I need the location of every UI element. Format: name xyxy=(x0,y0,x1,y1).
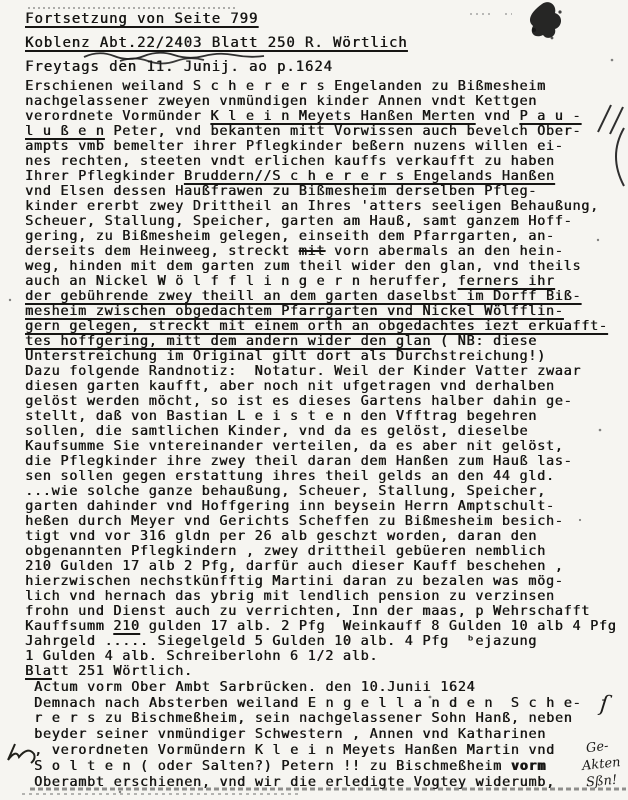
document-line: Jahrgeld ..... Siegelgeld 5 Gulden 10 al… xyxy=(25,634,625,649)
text-segment: der gebührende zwey theill an dem garten… xyxy=(25,288,581,304)
document-line: stellt, daß von Bastian L e i s t e n de… xyxy=(25,409,625,424)
document-line: heßen durch Meyer vnd Gerichts Scheffen … xyxy=(25,514,625,529)
document-line: l u ß e n Peter, vnd bekanten mitt Vorwi… xyxy=(25,124,625,139)
document-line: ampts vmb bemelter ihrer Pflegkinder beß… xyxy=(25,139,625,154)
document-line: mesheim zwischen obgedachtem Pfarrgarten… xyxy=(25,304,625,319)
document-line: derseits dem Heinweeg, streckt mit vorn … xyxy=(25,244,625,259)
document-section-blatt-251: Blatt 251 Wörtlich.Actum vorm Ober Ambt … xyxy=(25,664,625,790)
text-segment: gering, zu Bißmesheim gelegen, einseith … xyxy=(25,228,555,244)
document-line: S o l t e n ( oder Salten?) Petern !! zu… xyxy=(25,759,625,775)
document-line: r e r s zu Bischmeßheim, sein nachgelass… xyxy=(25,711,625,727)
document-line: Koblenz Abt.22/2403 Blatt 250 R. Wörtlic… xyxy=(25,34,407,58)
text-segment: Ihrer Pflegkinder xyxy=(25,168,184,184)
text-segment: beyder seiner vnmündiger Schwestern , An… xyxy=(34,726,546,742)
text-segment: Erschienen weiland S c h e r e r s Engel… xyxy=(25,78,546,94)
text-segment: nes rechten, steeten vndt erlichen kauff… xyxy=(25,153,555,169)
document-line: tes hoffgering, mitt dem andern wider de… xyxy=(25,334,625,349)
document-line: Kauffsumm 210 gulden 17 alb. 2 Pfg Weink… xyxy=(25,619,625,634)
text-segment: vnd Elsen dessen Haußfrawen zu Bißmeshei… xyxy=(25,183,537,199)
document-line: Scheuer, Stallung, Speicher, garten am H… xyxy=(25,214,625,229)
text-segment: 210 xyxy=(113,618,139,634)
document-line: 210 Gulden 17 alb 2 Pfg, darfür auch die… xyxy=(25,559,625,574)
text-segment: gelöst werden möcht, so ist es dieses Ga… xyxy=(25,393,572,409)
document-line: obgenannten Pflegkindern , zwey dritthei… xyxy=(25,544,625,559)
text-segment: K l e i n Meyets Hanßen Merten xyxy=(210,108,475,124)
text-segment: hierzwischen nechstkünfftig Martini dara… xyxy=(25,573,564,589)
document-line: der gebührende zwey theill an dem garten… xyxy=(25,289,625,304)
document-line: ...wie solche ganze behaußung, Scheuer, … xyxy=(25,484,625,499)
text-segment: sen sollen gegen erstattung ihres theil … xyxy=(25,468,555,484)
text-segment: 210 Gulden 17 alb 2 Pfg, darfür auch die… xyxy=(25,558,564,574)
text-segment: vorm xyxy=(511,758,546,774)
text-segment: Kauffsumm xyxy=(25,618,113,634)
text-segment: Dazu folgende Randnotiz: Notatur. Weil d… xyxy=(25,363,581,379)
document-line: Dazu folgende Randnotiz: Notatur. Weil d… xyxy=(25,364,625,379)
text-segment: Oberambt erschienen, vnd wir die erledig… xyxy=(34,774,555,790)
text-segment: tes hoffgering, mitt dem andern wider de… xyxy=(25,333,431,349)
text-segment: S o l t e n ( oder Salten?) Petern !! zu… xyxy=(34,758,511,774)
document-line: verordnete Vormünder K l e i n Meyets Ha… xyxy=(25,109,625,124)
text-segment: mit xyxy=(299,243,325,259)
document-line: Actum vorm Ober Ambt Sarbrücken. den 10.… xyxy=(25,680,625,696)
document-line: sollen, die samtlichen Kinder, vnd da es… xyxy=(25,424,625,439)
document-line: , verordneten Vormündern K l e i n Meyet… xyxy=(25,743,625,759)
text-segment: Unterstreichung im Original gilt dort al… xyxy=(25,348,546,364)
text-segment: P a u - xyxy=(519,108,581,124)
text-segment: stellt, daß von Bastian L e i s t e n de… xyxy=(25,408,537,424)
document-line: Demnach nach Absterben weiland E n g e l… xyxy=(25,696,625,712)
text-segment: frohn und Dienst auch zu verrichten, Inn… xyxy=(25,603,590,619)
text-segment: sollen, die samtlichen Kinder, vnd da es… xyxy=(25,423,528,439)
text-segment: auch an Nickel W ö l f f l i n g e r n h… xyxy=(25,273,458,289)
document-line: nes rechten, steeten vndt erlichen kauff… xyxy=(25,154,625,169)
document-line: Erschienen weiland S c h e r e r s Engel… xyxy=(25,79,625,94)
text-segment: diesen garten kaufft, aber noch nit ufge… xyxy=(25,378,555,394)
text-segment: Jahrgeld ..... Siegelgeld 5 Gulden 10 al… xyxy=(25,633,537,649)
text-segment: Peter, vnd bekanten mitt Vorwissen auch … xyxy=(104,123,581,139)
document-line: weg, hinden mit dem garten zum theil wid… xyxy=(25,259,625,274)
text-segment: tt 251 Wörtlich. xyxy=(51,663,192,679)
document-line: beyder seiner vnmündiger Schwestern , An… xyxy=(25,727,625,743)
text-segment: Bla xyxy=(25,663,51,679)
text-segment: l u ß e n xyxy=(25,123,104,139)
document-line: 1 Gulden 4 alb. Schreiberlohn 6 1/2 alb. xyxy=(25,649,625,664)
text-segment: obgenannten Pflegkindern , zwey dritthei… xyxy=(25,543,546,559)
document-line: hierzwischen nechstkünfftig Martini dara… xyxy=(25,574,625,589)
text-segment: ferners ihr xyxy=(458,273,555,289)
text-segment: heßen durch Meyer vnd Gerichts Scheffen … xyxy=(25,513,564,529)
text-segment: weg, hinden mit dem garten zum theil wid… xyxy=(25,258,581,274)
document-line: garten dahinder vnd Hoffgering inn beyse… xyxy=(25,499,625,514)
document-line: Oberambt erschienen, vnd wir die erledig… xyxy=(25,775,625,791)
document-line: Blatt 251 Wörtlich. xyxy=(25,664,625,680)
document-body: Erschienen weiland S c h e r e r s Engel… xyxy=(25,79,625,664)
document-line: die Pflegkinder ihre zwey theil daran de… xyxy=(25,454,625,469)
text-segment: lich vnd hernach das ybrig mit lendlich … xyxy=(25,588,555,604)
text-segment: vorn abermals an den hein- xyxy=(325,243,563,259)
document-line: diesen garten kaufft, aber noch nit ufge… xyxy=(25,379,625,394)
ink-blob xyxy=(530,2,562,39)
document-line: sen sollen gegen erstattung ihres theil … xyxy=(25,469,625,484)
document-line: frohn und Dienst auch zu verrichten, Inn… xyxy=(25,604,625,619)
text-segment: gern gelegen, streckt mit einem orth an … xyxy=(25,318,608,334)
document-line: tigt vnd vor 316 gldn per 26 alb geschzt… xyxy=(25,529,625,544)
text-segment: ( NB: diese xyxy=(431,333,537,349)
document-line: Fortsetzung von Seite 799 xyxy=(25,10,407,34)
text-segment: ...wie solche ganze behaußung, Scheuer, … xyxy=(25,483,546,499)
document-line: Ihrer Pflegkinder Bruddern//S c h e r e … xyxy=(25,169,625,184)
document-line: nachgelassener zweyen vnmündigen kinder … xyxy=(25,94,625,109)
text-segment: 1 Gulden 4 alb. Schreiberlohn 6 1/2 alb. xyxy=(25,648,378,664)
text-segment: Actum vorm Ober Ambt Sarbrücken. den 10.… xyxy=(34,679,475,695)
text-segment: derseits dem Heinweeg, streckt xyxy=(25,243,299,259)
text-segment: nachgelassener zweyen vnmündigen kinder … xyxy=(25,93,537,109)
text-segment: , verordneten Vormündern K l e i n Meyet… xyxy=(34,742,555,758)
document-line: gern gelegen, streckt mit einem orth an … xyxy=(25,319,625,334)
text-segment: Demnach nach Absterben weiland E n g e l… xyxy=(34,695,581,711)
text-segment: ampts vmb bemelter ihrer Pflegkinder beß… xyxy=(25,138,564,154)
scanned-document-page: Fortsetzung von Seite 799Koblenz Abt.22/… xyxy=(0,0,628,800)
text-segment: Fortsetzung von Seite 799 xyxy=(25,11,258,27)
document-line: gering, zu Bißmesheim gelegen, einseith … xyxy=(25,229,625,244)
text-segment: Bruddern//S c h e r e r s Engelands Hanß… xyxy=(184,168,555,184)
text-segment: garten dahinder vnd Hoffgering inn beyse… xyxy=(25,498,555,514)
text-segment: Freytags den 11. Junij. ao p.1624 xyxy=(25,59,333,75)
text-segment: r e r s zu Bischmeßheim, sein nachgelass… xyxy=(34,710,573,726)
text-segment: Koblenz Abt.22/2403 Blatt 250 R. Wörtlic… xyxy=(25,35,407,51)
document-line: kinder ererbt zwey Drittheil an Ihres 'a… xyxy=(25,199,625,214)
document-header: Fortsetzung von Seite 799Koblenz Abt.22/… xyxy=(25,10,407,82)
text-segment: gulden 17 alb. 2 Pfg Weinkauff 8 Gulden … xyxy=(140,618,617,634)
document-line: Kaufsumme Sie vntereinander verteilen, d… xyxy=(25,439,625,454)
text-segment: die Pflegkinder ihre zwey theil daran de… xyxy=(25,453,572,469)
text-segment: Scheuer, Stallung, Speicher, garten am H… xyxy=(25,213,572,229)
document-line: Unterstreichung im Original gilt dort al… xyxy=(25,349,625,364)
text-segment: mesheim zwischen obgedachtem Pfarrgarten… xyxy=(25,303,564,319)
document-line: auch an Nickel W ö l f f l i n g e r n h… xyxy=(25,274,625,289)
document-line: lich vnd hernach das ybrig mit lendlich … xyxy=(25,589,625,604)
document-line: vnd Elsen dessen Haußfrawen zu Bißmeshei… xyxy=(25,184,625,199)
document-line: gelöst werden möcht, so ist es dieses Ga… xyxy=(25,394,625,409)
text-segment: kinder ererbt zwey Drittheil an Ihres 'a… xyxy=(25,198,599,214)
text-segment: tigt vnd vor 316 gldn per 26 alb geschzt… xyxy=(25,528,537,544)
text-segment: verordnete Vormünder xyxy=(25,108,210,124)
text-segment: vnd xyxy=(475,108,519,124)
text-segment: Kaufsumme Sie vntereinander verteilen, d… xyxy=(25,438,564,454)
